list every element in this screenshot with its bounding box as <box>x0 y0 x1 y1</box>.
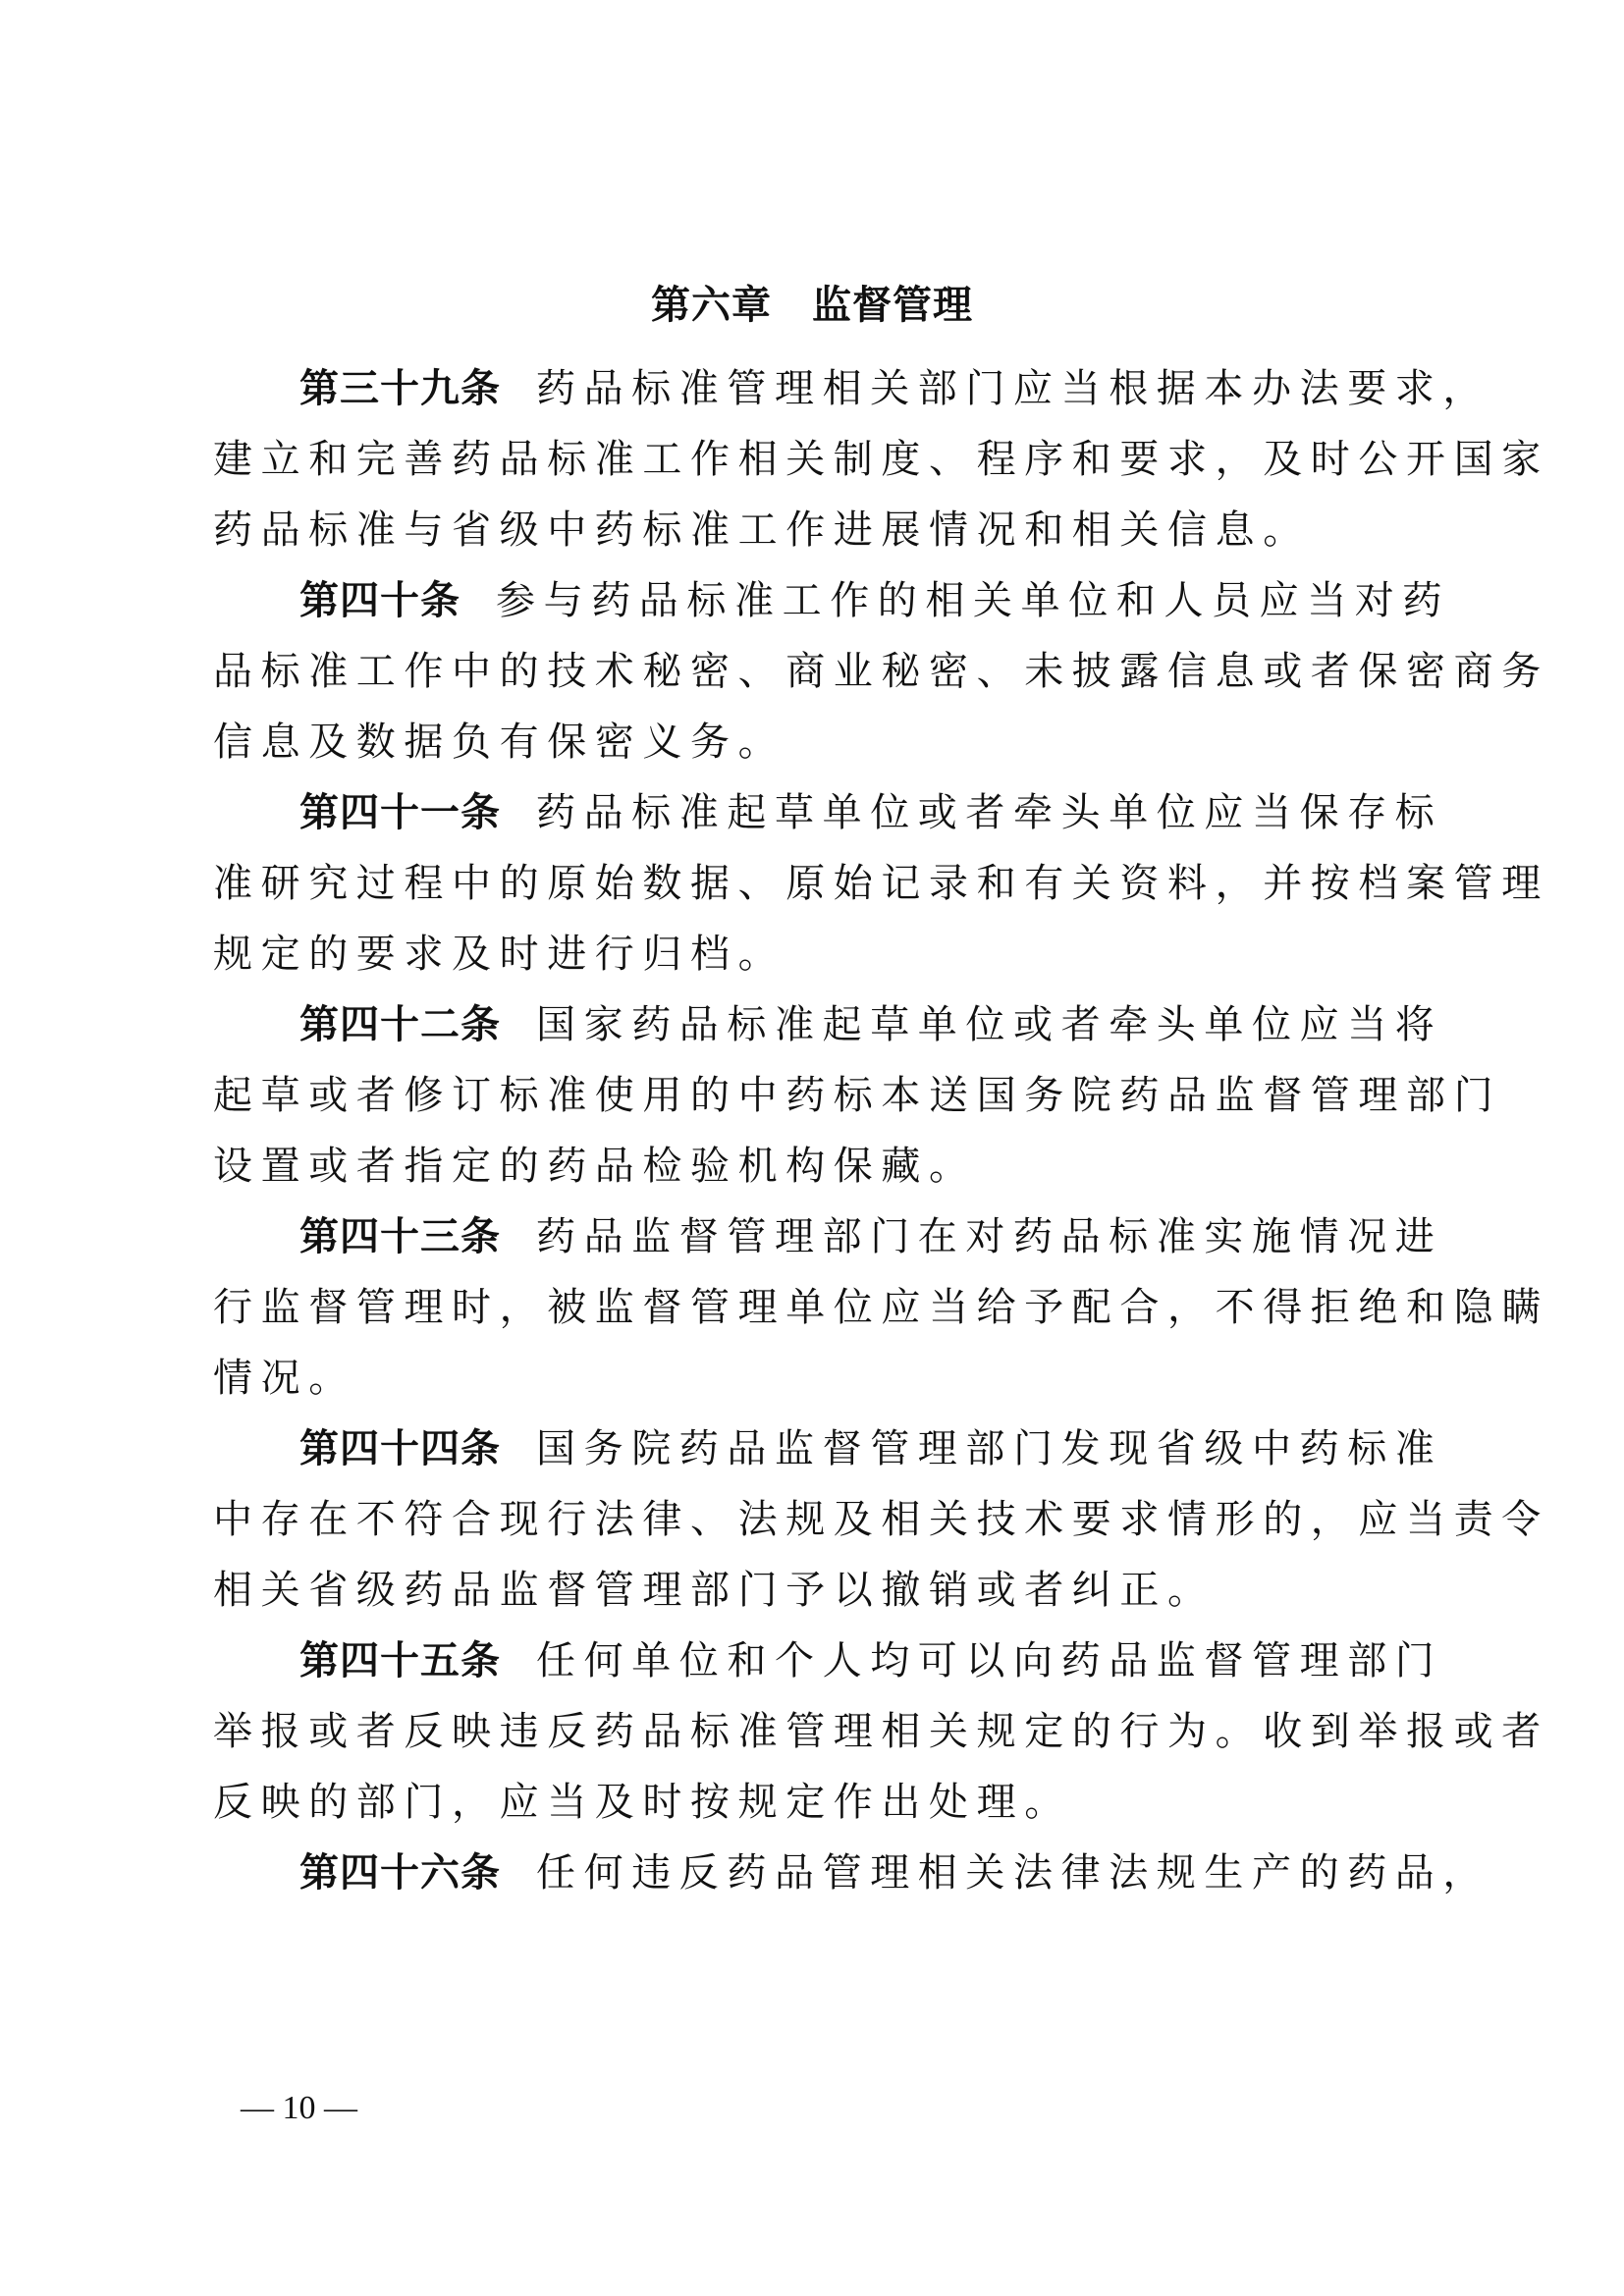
article-45: 第四十五条任何单位和个人均可以向药品监督管理部门 举报或者反映违反药品标准管理相… <box>213 1626 1421 1838</box>
article-text: 药品标准起草单位或者牵头单位应当保存标 <box>536 790 1442 835</box>
article-line: 药品标准与省级中药标准工作进展情况和相关信息。 <box>213 495 1421 565</box>
article-line: 举报或者反映违反药品标准管理相关规定的行为。收到举报或者 <box>213 1696 1421 1767</box>
chapter-title: 第六章 监督管理 <box>0 278 1624 333</box>
article-line: 规定的要求及时进行归档。 <box>213 919 1421 989</box>
article-43: 第四十三条药品监督管理部门在对药品标准实施情况进 行监督管理时，被监督管理单位应… <box>213 1201 1421 1414</box>
article-41: 第四十一条药品标准起草单位或者牵头单位应当保存标 准研究过程中的原始数据、原始记… <box>213 777 1421 989</box>
article-number: 第四十四条 <box>299 1426 501 1471</box>
article-first-line: 第四十条参与药品标准工作的相关单位和人员应当对药 <box>213 565 1421 636</box>
article-line: 起草或者修订标准使用的中药标本送国务院药品监督管理部门 <box>213 1060 1421 1131</box>
article-line: 情况。 <box>213 1343 1421 1414</box>
article-text: 参与药品标准工作的相关单位和人员应当对药 <box>496 578 1450 623</box>
article-line: 反映的部门，应当及时按规定作出处理。 <box>213 1767 1421 1838</box>
article-text: 国家药品标准起草单位或者牵头单位应当将 <box>536 1002 1442 1047</box>
article-line: 中存在不符合现行法律、法规及相关技术要求情形的，应当责令 <box>213 1484 1421 1555</box>
article-46: 第四十六条任何违反药品管理相关法律法规生产的药品， <box>213 1838 1421 1908</box>
article-line: 行监督管理时，被监督管理单位应当给予配合，不得拒绝和隐瞒 <box>213 1272 1421 1343</box>
article-line: 信息及数据负有保密义务。 <box>213 707 1421 777</box>
article-line: 相关省级药品监督管理部门予以撤销或者纠正。 <box>213 1555 1421 1626</box>
article-first-line: 第四十三条药品监督管理部门在对药品标准实施情况进 <box>213 1201 1421 1272</box>
article-line: 设置或者指定的药品检验机构保藏。 <box>213 1131 1421 1201</box>
article-number: 第三十九条 <box>299 366 501 411</box>
article-42: 第四十二条国家药品标准起草单位或者牵头单位应当将 起草或者修订标准使用的中药标本… <box>213 989 1421 1201</box>
article-first-line: 第四十五条任何单位和个人均可以向药品监督管理部门 <box>213 1626 1421 1696</box>
article-text: 任何违反药品管理相关法律法规生产的药品， <box>536 1850 1490 1896</box>
article-40: 第四十条参与药品标准工作的相关单位和人员应当对药 品标准工作中的技术秘密、商业秘… <box>213 565 1421 777</box>
article-first-line: 第三十九条药品标准管理相关部门应当根据本办法要求， <box>213 353 1421 424</box>
article-first-line: 第四十四条国务院药品监督管理部门发现省级中药标准 <box>213 1414 1421 1484</box>
article-text: 任何单位和个人均可以向药品监督管理部门 <box>536 1638 1442 1683</box>
article-44: 第四十四条国务院药品监督管理部门发现省级中药标准 中存在不符合现行法律、法规及相… <box>213 1414 1421 1626</box>
article-line: 建立和完善药品标准工作相关制度、程序和要求，及时公开国家 <box>213 424 1421 495</box>
article-first-line: 第四十二条国家药品标准起草单位或者牵头单位应当将 <box>213 989 1421 1060</box>
article-first-line: 第四十六条任何违反药品管理相关法律法规生产的药品， <box>213 1838 1421 1908</box>
article-number: 第四十条 <box>299 578 460 623</box>
page-number: — 10 — <box>241 2089 357 2128</box>
article-line: 准研究过程中的原始数据、原始记录和有关资料，并按档案管理 <box>213 848 1421 919</box>
document-body: 第三十九条药品标准管理相关部门应当根据本办法要求， 建立和完善药品标准工作相关制… <box>213 353 1421 1908</box>
article-number: 第四十五条 <box>299 1638 501 1683</box>
article-first-line: 第四十一条药品标准起草单位或者牵头单位应当保存标 <box>213 777 1421 848</box>
article-text: 国务院药品监督管理部门发现省级中药标准 <box>536 1426 1442 1471</box>
article-line: 品标准工作中的技术秘密、商业秘密、未披露信息或者保密商务 <box>213 636 1421 707</box>
article-number: 第四十二条 <box>299 1002 501 1047</box>
article-text: 药品监督管理部门在对药品标准实施情况进 <box>536 1214 1442 1259</box>
article-number: 第四十三条 <box>299 1214 501 1259</box>
article-39: 第三十九条药品标准管理相关部门应当根据本办法要求， 建立和完善药品标准工作相关制… <box>213 353 1421 565</box>
article-number: 第四十六条 <box>299 1850 501 1896</box>
article-text: 药品标准管理相关部门应当根据本办法要求， <box>536 366 1490 411</box>
document-page: 第六章 监督管理 第三十九条药品标准管理相关部门应当根据本办法要求， 建立和完善… <box>0 0 1624 2296</box>
article-number: 第四十一条 <box>299 790 501 835</box>
